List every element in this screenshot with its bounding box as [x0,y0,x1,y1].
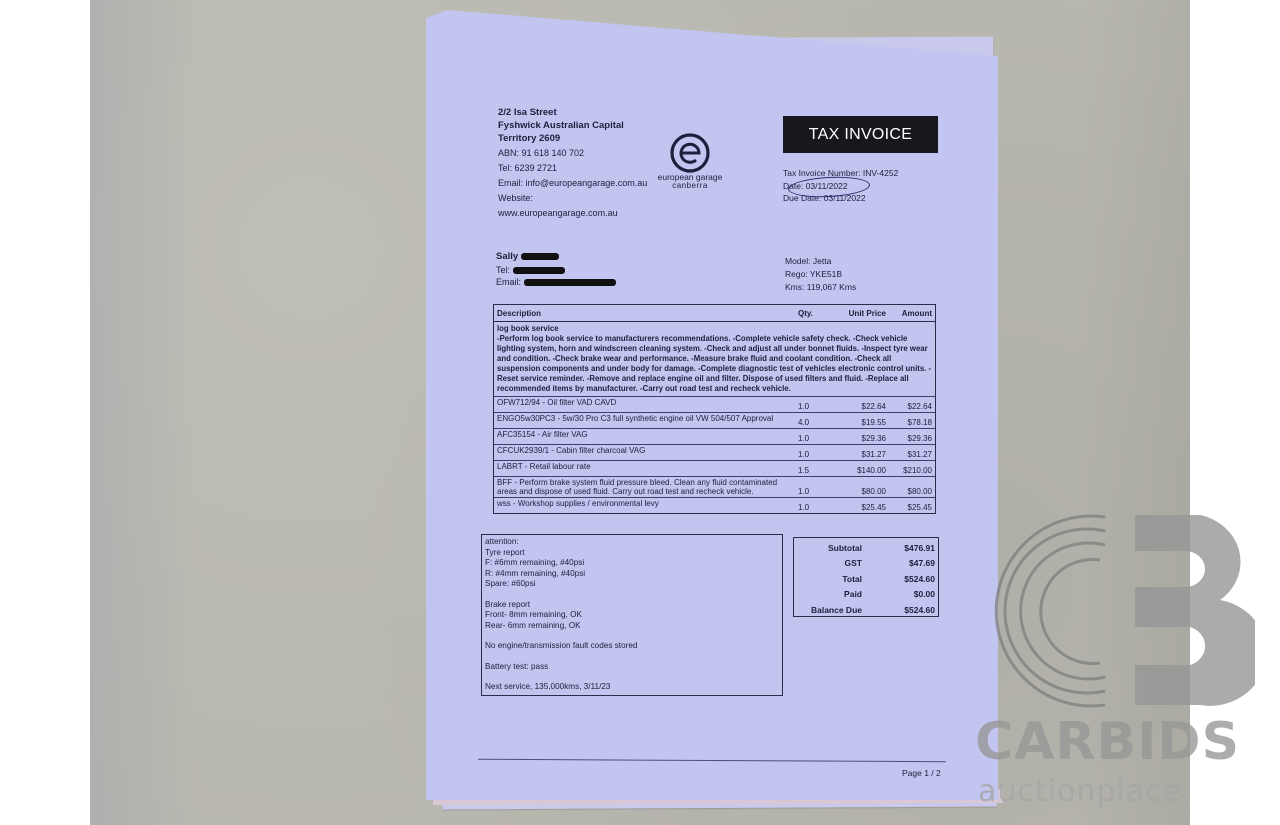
customer-email-label: Email: [496,277,521,287]
item-qty: 1.5 [798,466,834,476]
totals-value: $47.69 [862,558,938,568]
totals-label: Paid [794,589,862,599]
redaction-mark [513,267,565,274]
totals-row: Balance Due$524.60 [794,602,938,618]
notes-line: Rear- 6mm remaining, OK [485,621,779,632]
tax-invoice-title: TAX INVOICE [783,116,938,153]
totals-box: Subtotal$476.91GST$47.69Total$524.60Paid… [793,537,939,617]
service-notes-box: attention:Tyre reportF: #6mm remaining, … [481,534,783,696]
customer-name: Sally [496,251,518,262]
notes-line: R: #4mm remaining, #40psi [485,569,779,580]
item-unit-price: $29.36 [834,434,886,444]
totals-label: GST [794,558,862,568]
header-qty: Qty. [798,309,834,318]
table-row: LABRT - Retail labour rate1.5$140.00$210… [494,461,935,477]
table-row-service: log book service -Perform log book servi… [494,322,935,397]
notes-line: Battery test: pass [485,662,779,673]
item-qty: 1.0 [798,487,834,497]
item-description: LABRT - Retail labour rate [494,461,798,476]
logo-city: canberra [650,182,730,190]
totals-value: $524.60 [862,574,938,584]
table-row: OFW712/94 - Oil filter VAD CAVD1.0$22.64… [494,397,935,413]
item-qty: 1.0 [798,402,834,412]
vehicle-model: Model: Jetta [785,255,856,268]
customer-details: Sally Tel: Email: [496,250,616,289]
item-qty: 1.0 [798,503,834,513]
redaction-mark [524,279,616,286]
e-circle-logo-icon [670,133,710,173]
item-unit-price: $140.00 [834,466,886,476]
item-amount: $210.00 [886,466,935,476]
address-line-3: Territory 2609 [498,132,647,145]
totals-row: Subtotal$476.91 [794,540,938,556]
notes-line: Spare: #60psi [485,579,779,590]
notes-line: No engine/transmission fault codes store… [485,641,779,652]
address-line-1: 2/2 Isa Street [498,106,647,119]
item-qty: 1.0 [798,434,834,444]
item-unit-price: $80.00 [834,487,886,497]
notes-spacer [485,631,779,641]
table-row: CFCUK2939/1 - Cabin filter charcoal VAG1… [494,445,935,461]
header-unit-price: Unit Price [834,309,886,318]
item-description: OFW712/94 - Oil filter VAD CAVD [494,397,798,412]
totals-label: Balance Due [794,605,862,615]
service-title: log book service [497,324,932,334]
watermark-brand: CARBIDS [975,712,1240,772]
item-amount: $80.00 [886,487,935,497]
item-amount: $29.36 [886,434,935,444]
item-description: BFF - Perform brake system fluid pressur… [494,477,798,497]
vehicle-rego: Rego: YKE51B [785,268,856,281]
item-description: ENGO5w30PC3 - 5w/30 Pro C3 full syntheti… [494,413,798,428]
notes-line: attention: [485,537,779,548]
item-unit-price: $22.64 [834,402,886,412]
page-number: Page 1 / 2 [902,768,941,778]
totals-value: $0.00 [862,589,938,599]
company-website-label: Website: [498,192,647,205]
item-unit-price: $19.55 [834,418,886,428]
totals-row: GST$47.69 [794,556,938,572]
notes-line: Brake report [485,600,779,611]
notes-line: F: #6mm remaining, #40psi [485,558,779,569]
company-website: www.europeangarage.com.au [498,207,647,220]
totals-row: Total$524.60 [794,571,938,587]
item-amount: $78.18 [886,418,935,428]
item-unit-price: $25.45 [834,503,886,513]
header-amount: Amount [886,309,935,318]
item-qty: 1.0 [798,450,834,460]
item-description: wss - Workshop supplies / environmental … [494,498,798,513]
company-details: 2/2 Isa Street Fyshwick Australian Capit… [498,106,647,220]
company-logo: european garage canberra [650,133,730,190]
item-description: AFC35154 - Air filter VAG [494,429,798,444]
notes-spacer [485,590,779,600]
notes-spacer [485,652,779,662]
item-description: CFCUK2939/1 - Cabin filter charcoal VAG [494,445,798,460]
totals-value: $476.91 [862,543,938,553]
address-line-2: Fyshwick Australian Capital [498,119,647,132]
item-amount: $25.45 [886,503,935,513]
table-header: Description Qty. Unit Price Amount [494,305,935,322]
company-tel: Tel: 6239 2721 [498,162,647,175]
table-row: wss - Workshop supplies / environmental … [494,498,935,513]
totals-value: $524.60 [862,605,938,615]
notes-line: Next service, 135,000kms, 3/11/23 [485,682,779,693]
totals-row: Paid$0.00 [794,587,938,603]
customer-tel-label: Tel: [496,265,510,275]
item-qty: 4.0 [798,418,834,428]
redaction-mark [521,253,559,260]
notes-spacer [485,672,779,682]
company-abn: ABN: 91 618 140 702 [498,147,647,160]
table-row: BFF - Perform brake system fluid pressur… [494,477,935,498]
vehicle-details: Model: Jetta Rego: YKE51B Kms: 119,067 K… [785,255,856,293]
table-row: ENGO5w30PC3 - 5w/30 Pro C3 full syntheti… [494,413,935,429]
totals-label: Subtotal [794,543,862,553]
totals-label: Total [794,574,862,584]
company-email: Email: info@europeangarage.com.au [498,177,647,190]
notes-line: Tyre report [485,548,779,559]
item-unit-price: $31.27 [834,450,886,460]
watermark-tagline: auctionplace [978,774,1182,810]
service-text: -Perform log book service to manufacture… [497,334,932,394]
item-amount: $22.64 [886,402,935,412]
table-row: AFC35154 - Air filter VAG1.0$29.36$29.36 [494,429,935,445]
vehicle-kms: Kms: 119,067 Kms [785,281,856,294]
header-description: Description [494,308,798,319]
line-items-table: Description Qty. Unit Price Amount log b… [493,304,936,514]
notes-line: Front- 8mm remaining, OK [485,610,779,621]
cb-fingerprint-logo-icon [985,505,1255,715]
item-amount: $31.27 [886,450,935,460]
